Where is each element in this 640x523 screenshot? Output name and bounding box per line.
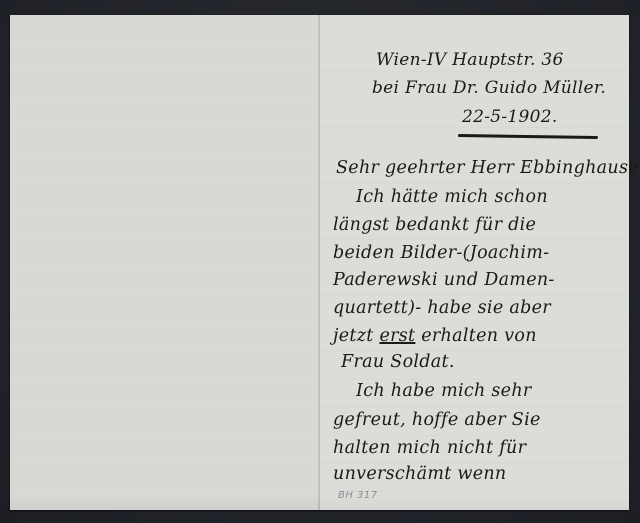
- body-line-1: Ich hätte mich schon: [356, 187, 548, 207]
- body-line-10: halten mich nicht für: [333, 438, 526, 458]
- body-line-11: unverschämt wenn: [333, 464, 507, 484]
- archive-mark: BH 317: [338, 490, 378, 501]
- address-line-2: bei Frau Dr. Guido Müller.: [372, 78, 606, 98]
- body-line-9: gefreut, hoffe aber Sie: [333, 410, 541, 430]
- left-page-blank: [10, 15, 319, 510]
- body-line-4: Paderewski und Damen-: [333, 270, 555, 290]
- body-line-7: Frau Soldat.: [341, 352, 455, 372]
- body-line-5: quartett)- habe sie aber: [333, 298, 551, 318]
- body-line-8: Ich habe mich sehr: [356, 381, 532, 401]
- sheet-bottom-shade: [10, 496, 629, 510]
- body-line-6: jetzt erst erhalten von: [333, 326, 537, 346]
- body-line-6-text: jetzt: [333, 326, 379, 346]
- body-line-2: längst bedankt für die: [333, 215, 536, 235]
- letter-date: 22-5-1902.: [462, 107, 558, 127]
- body-line-3: beiden Bilder-(Joachim-: [333, 243, 549, 263]
- address-line-1: Wien-IV Hauptstr. 36: [376, 50, 564, 70]
- underlined-word: erst: [379, 326, 415, 346]
- salutation: Sehr geehrter Herr Ebbinghausen!: [336, 158, 640, 178]
